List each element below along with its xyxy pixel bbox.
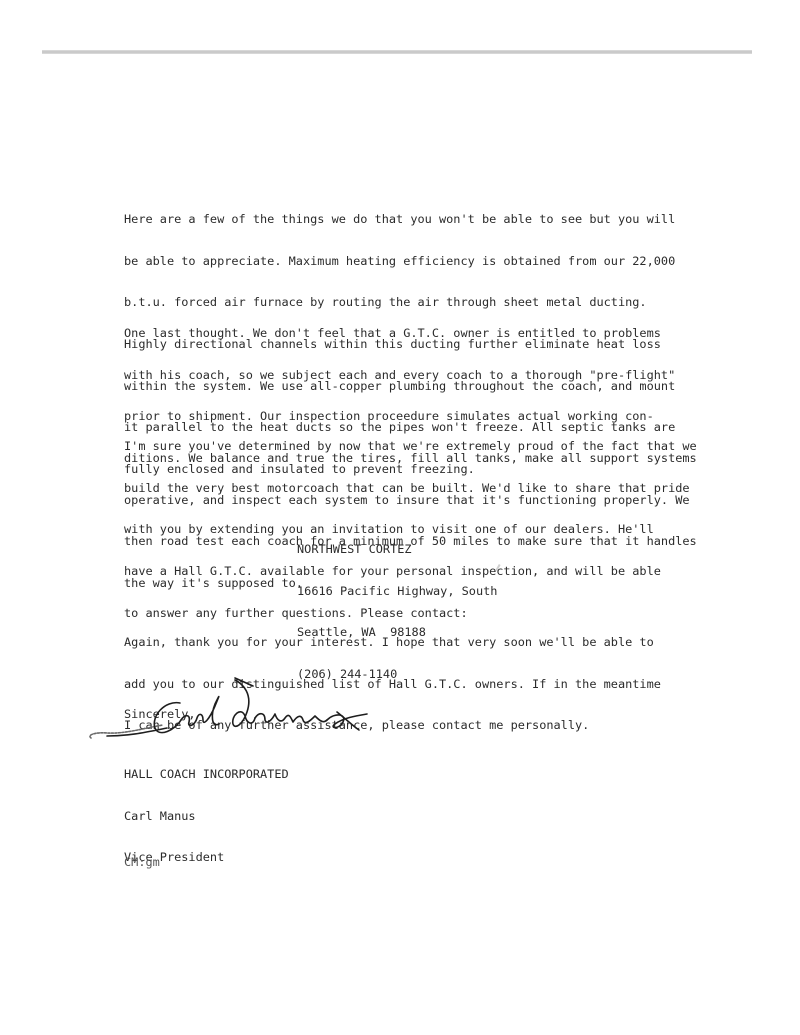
text-line: Here are a few of the things we do that …: [124, 213, 675, 227]
dealer-street: 16616 Pacific Highway, South: [297, 585, 497, 599]
text-line: build the very best motorcoach that can …: [124, 482, 697, 496]
handwritten-signature-icon: [85, 668, 385, 750]
text-line: with his coach, so we subject each and e…: [124, 369, 697, 383]
reference-initials-text: CM:gm: [124, 856, 160, 870]
text-line: One last thought. We don't feel that a G…: [124, 327, 697, 341]
text-line: I'm sure you've determined by now that w…: [124, 440, 697, 454]
text-line: be able to appreciate. Maximum heating e…: [124, 255, 675, 269]
signer-company: HALL COACH INCORPORATED: [124, 768, 289, 782]
top-scan-rule: [42, 50, 752, 54]
signer-name: Carl Manus: [124, 810, 289, 824]
text-line: Again, thank you for your interest. I ho…: [124, 636, 661, 650]
reference-initials: CM:gm: [124, 828, 160, 898]
dealer-name: NORTHWEST CORTEZ: [297, 543, 497, 557]
